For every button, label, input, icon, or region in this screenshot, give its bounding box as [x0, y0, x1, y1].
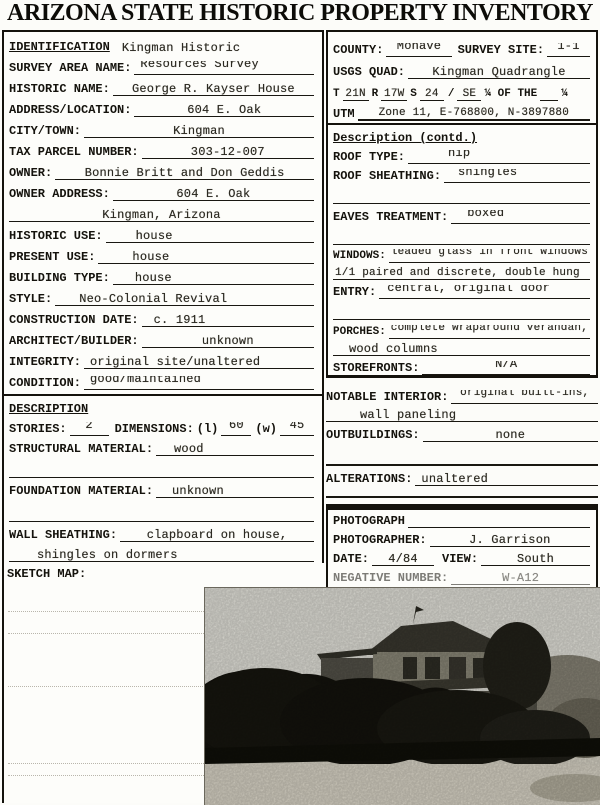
- field-value: house: [106, 229, 314, 243]
- field-label: HISTORIC USE:: [9, 230, 106, 243]
- description-contd-header-row: Description (contd.): [333, 128, 590, 145]
- field-wall-sheathing: WALL SHEATHING: clapboard on house,: [9, 522, 314, 542]
- width-value: 45: [280, 422, 314, 436]
- field-value: N/A: [422, 361, 590, 375]
- right-column: COUNTY: Mohave SURVEY SITE: 1-1 USGS QUA…: [326, 30, 598, 598]
- field-value: wood: [156, 442, 314, 456]
- location-section: COUNTY: Mohave SURVEY SITE: 1-1 USGS QUA…: [326, 30, 598, 125]
- blank-line: [9, 498, 314, 522]
- field-label: PHOTOGRAPHER:: [333, 534, 430, 547]
- house-photograph: [205, 588, 600, 805]
- interior-section: NOTABLE INTERIOR: original built-ins, wa…: [326, 384, 598, 498]
- field-value: shingles: [444, 169, 590, 183]
- field-value: 303-12-007: [142, 145, 314, 159]
- field-value: unknown: [156, 484, 314, 498]
- field-survey-area-name: SURVEY AREA NAME: Resources Survey: [9, 54, 314, 75]
- field-address-location: ADDRESS/LOCATION: 604 E. Oak: [9, 96, 314, 117]
- blank-quarter: [540, 100, 558, 101]
- field-historic-name: HISTORIC NAME: George R. Kayser House: [9, 75, 314, 96]
- survey-site-label: SURVEY SITE:: [452, 44, 547, 57]
- field-label: HISTORIC NAME:: [9, 83, 113, 96]
- sketch-map-label-row: SKETCH MAP:: [4, 563, 326, 581]
- field-value: Bonnie Britt and Don Geddis: [55, 166, 314, 180]
- field-label: CONSTRUCTION DATE:: [9, 314, 142, 327]
- field-tax-parcel: TAX PARCEL NUMBER: 303-12-007: [9, 138, 314, 159]
- identification-header-row: IDENTIFICATION Kingman Historic: [9, 38, 314, 54]
- scan-artifact-line: [8, 775, 208, 776]
- township-value: 21N: [343, 87, 369, 101]
- blank-line: [333, 224, 590, 245]
- field-style: STYLE: Neo-Colonial Revival: [9, 285, 314, 306]
- field-utm: UTM Zone 11, E-768800, N-3897880: [333, 101, 590, 121]
- field-wall-sheathing-line2: shingles on dormers: [9, 542, 314, 562]
- county-label: COUNTY:: [333, 44, 386, 57]
- blank-underline: [333, 203, 590, 204]
- field-label: STOREFRONTS:: [333, 362, 422, 375]
- field-label: PORCHES:: [333, 326, 389, 339]
- field-label: CONDITION:: [9, 377, 84, 390]
- blank-underline: [326, 496, 598, 498]
- range-label: R: [369, 88, 382, 101]
- field-label: CITY/TOWN:: [9, 125, 84, 138]
- field-value: Kingman, Arizona: [9, 208, 314, 222]
- field-notable-interior-line2: wall paneling: [326, 404, 598, 422]
- blank-underline: [326, 464, 598, 466]
- field-label: TAX PARCEL NUMBER:: [9, 146, 142, 159]
- field-value: Kingman Quadrangle: [408, 65, 590, 79]
- description-header: DESCRIPTION: [9, 403, 88, 416]
- field-label: STRUCTURAL MATERIAL:: [9, 443, 156, 456]
- field-label: FOUNDATION MATERIAL:: [9, 485, 156, 498]
- field-label: NEGATIVE NUMBER:: [333, 572, 451, 585]
- township-label: T: [333, 88, 343, 101]
- field-roof-sheathing: ROOF SHEATHING: shingles: [333, 164, 590, 183]
- field-city-town: CITY/TOWN: Kingman: [9, 117, 314, 138]
- description-contd-header: Description (contd.): [333, 132, 477, 145]
- field-porches: PORCHES: complete wraparound verandah,: [333, 320, 590, 339]
- field-label: SURVEY AREA NAME:: [9, 62, 134, 75]
- field-value: Zone 11, E-768800, N-3897880: [358, 106, 590, 121]
- field-label: ADDRESS/LOCATION:: [9, 104, 134, 117]
- field-label: OUTBUILDINGS:: [326, 429, 423, 442]
- field-owner-address-line2: Kingman, Arizona: [9, 201, 314, 222]
- blank-underline: [9, 521, 314, 522]
- field-notable-interior: NOTABLE INTERIOR: original built-ins,: [326, 384, 598, 404]
- scanned-inventory-form: ARIZONA STATE HISTORIC PROPERTY INVENTOR…: [0, 0, 600, 805]
- length-value: 60: [221, 422, 251, 436]
- field-value: shingles on dormers: [9, 548, 314, 562]
- field-label: EAVES TREATMENT:: [333, 211, 451, 224]
- field-value: Resources Survey: [134, 61, 314, 75]
- photograph-header: PHOTOGRAPH: [333, 515, 408, 528]
- field-township-range-section: T 21N R 17W S 24 / SE ¼ OF THE ¼: [333, 79, 590, 101]
- field-value: house: [98, 250, 314, 264]
- field-value: wood columns: [333, 342, 590, 356]
- field-roof-type: ROOF TYPE: hip: [333, 145, 590, 164]
- range-value: 17W: [381, 87, 407, 101]
- field-value: original site/unaltered: [84, 355, 314, 369]
- field-label: NOTABLE INTERIOR:: [326, 391, 451, 404]
- field-label: USGS QUAD:: [333, 66, 408, 79]
- field-foundation-material: FOUNDATION MATERIAL: unknown: [9, 478, 314, 498]
- view-label: VIEW:: [434, 553, 481, 566]
- field-value: 604 E. Oak: [113, 187, 314, 201]
- field-label: WINDOWS:: [333, 250, 389, 263]
- field-value: complete wraparound verandah,: [389, 325, 590, 339]
- dimensions-label: DIMENSIONS:: [109, 423, 197, 436]
- length-label: (l): [197, 423, 222, 436]
- field-storefronts: STOREFRONTS: N/A: [333, 356, 590, 375]
- field-photographer: PHOTOGRAPHER: J. Garrison: [333, 528, 590, 547]
- field-owner-address: OWNER ADDRESS: 604 E. Oak: [9, 180, 314, 201]
- blank-line: [333, 183, 590, 204]
- field-windows: WINDOWS: leaded glass in front windows: [333, 245, 590, 263]
- field-value: W-A12: [451, 571, 590, 585]
- field-label: ROOF TYPE:: [333, 151, 408, 164]
- blank-line: [326, 442, 598, 466]
- field-value: clapboard on house,: [120, 528, 314, 542]
- field-value: Kingman: [84, 124, 314, 138]
- field-value: house: [113, 271, 314, 285]
- field-value: original built-ins,: [451, 390, 598, 404]
- field-value: 1/1 paired and discrete, double hung: [333, 266, 590, 280]
- date-value: 4/84: [372, 552, 434, 566]
- quarter-value: SE: [457, 87, 481, 101]
- field-condition: CONDITION: good/maintained: [9, 369, 314, 390]
- section-value: 24: [420, 87, 444, 101]
- field-usgs-quad: USGS QUAD: Kingman Quadrangle: [333, 57, 590, 79]
- photograph-header-row: PHOTOGRAPH: [333, 512, 590, 528]
- field-historic-use: HISTORIC USE: house: [9, 222, 314, 243]
- field-value: none: [423, 428, 598, 442]
- field-label: OWNER:: [9, 167, 55, 180]
- slash: /: [444, 88, 458, 101]
- field-label: OWNER ADDRESS:: [9, 188, 113, 201]
- field-windows-line2: 1/1 paired and discrete, double hung: [333, 263, 590, 280]
- blank-line: [9, 456, 314, 478]
- field-structural-material: STRUCTURAL MATERIAL: wood: [9, 436, 314, 456]
- date-label: DATE:: [333, 553, 372, 566]
- field-owner: OWNER: Bonnie Britt and Don Geddis: [9, 159, 314, 180]
- field-value: boxed: [451, 210, 590, 224]
- field-value: 604 E. Oak: [134, 103, 314, 117]
- field-label: PRESENT USE:: [9, 251, 98, 264]
- field-label: BUILDING TYPE:: [9, 272, 113, 285]
- width-label: (w): [251, 423, 280, 436]
- field-value: unknown: [142, 334, 314, 348]
- field-value: hip: [408, 150, 590, 164]
- identification-section: IDENTIFICATION Kingman Historic SURVEY A…: [2, 30, 324, 396]
- field-label: ENTRY:: [333, 286, 379, 299]
- of-the-label: ¼ OF THE: [481, 88, 540, 101]
- field-value: wall paneling: [326, 408, 598, 422]
- left-column: IDENTIFICATION Kingman Historic SURVEY A…: [2, 30, 324, 593]
- section-label: S: [407, 88, 420, 101]
- field-construction-date: CONSTRUCTION DATE: c. 1911: [9, 306, 314, 327]
- field-value: good/maintained: [84, 376, 314, 390]
- description-contd-section: Description (contd.) ROOF TYPE: hip ROOF…: [326, 123, 598, 378]
- field-integrity: INTEGRITY: original site/unaltered: [9, 348, 314, 369]
- field-stories-dimensions: STORIES: 2 DIMENSIONS: (l) 60 (w) 45: [9, 416, 314, 436]
- survey-site-value: 1-1: [547, 43, 590, 57]
- photograph-section: PHOTOGRAPH PHOTOGRAPHER: J. Garrison DAT…: [326, 504, 598, 598]
- county-value: Mohave: [386, 43, 451, 57]
- field-entry: ENTRY: central, original door: [333, 280, 590, 299]
- blank-line: [333, 299, 590, 320]
- header-underline: [408, 527, 590, 528]
- survey-area-value-line1: Kingman Historic: [110, 41, 314, 54]
- identification-header: IDENTIFICATION: [9, 41, 110, 54]
- field-negative-number: NEGATIVE NUMBER: W-A12: [333, 566, 590, 585]
- field-label: STYLE:: [9, 293, 55, 306]
- field-value: unaltered: [415, 472, 598, 486]
- blank-underline: [333, 319, 590, 320]
- field-label: ROOF SHEATHING:: [333, 170, 444, 183]
- view-value: South: [481, 552, 590, 566]
- field-value: leaded glass in front windows: [389, 249, 590, 263]
- field-porches-line2: wood columns: [333, 339, 590, 356]
- sketch-map-label: SKETCH MAP:: [7, 568, 89, 581]
- blank-line: [326, 486, 598, 498]
- field-label: STORIES:: [9, 423, 70, 436]
- field-eaves-treatment: EAVES TREATMENT: boxed: [333, 204, 590, 224]
- field-label: WALL SHEATHING:: [9, 529, 120, 542]
- field-label: UTM: [333, 108, 358, 121]
- page-title: ARIZONA STATE HISTORIC PROPERTY INVENTOR…: [0, 0, 600, 28]
- stories-value: 2: [70, 422, 109, 436]
- blank-underline: [9, 477, 314, 478]
- house-photo-illustration: [205, 588, 600, 805]
- field-value: Neo-Colonial Revival: [55, 292, 314, 306]
- field-value: J. Garrison: [430, 533, 590, 547]
- blank-underline: [333, 244, 590, 245]
- field-present-use: PRESENT USE: house: [9, 243, 314, 264]
- field-county-surveysite: COUNTY: Mohave SURVEY SITE: 1-1: [333, 37, 590, 57]
- field-label: ARCHITECT/BUILDER:: [9, 335, 142, 348]
- field-label: ALTERATIONS:: [326, 473, 415, 486]
- field-date-view: DATE: 4/84 VIEW: South: [333, 547, 590, 566]
- field-architect-builder: ARCHITECT/BUILDER: unknown: [9, 327, 314, 348]
- field-alterations: ALTERATIONS: unaltered: [326, 466, 598, 486]
- quarter-symbol: ¼: [558, 88, 571, 101]
- field-label: INTEGRITY:: [9, 356, 84, 369]
- field-value: George R. Kayser House: [113, 82, 314, 96]
- field-building-type: BUILDING TYPE: house: [9, 264, 314, 285]
- description-header-row: DESCRIPTION: [9, 400, 314, 416]
- field-value: central, original door: [379, 285, 590, 299]
- field-value: c. 1911: [142, 313, 314, 327]
- field-outbuildings: OUTBUILDINGS: none: [326, 422, 598, 442]
